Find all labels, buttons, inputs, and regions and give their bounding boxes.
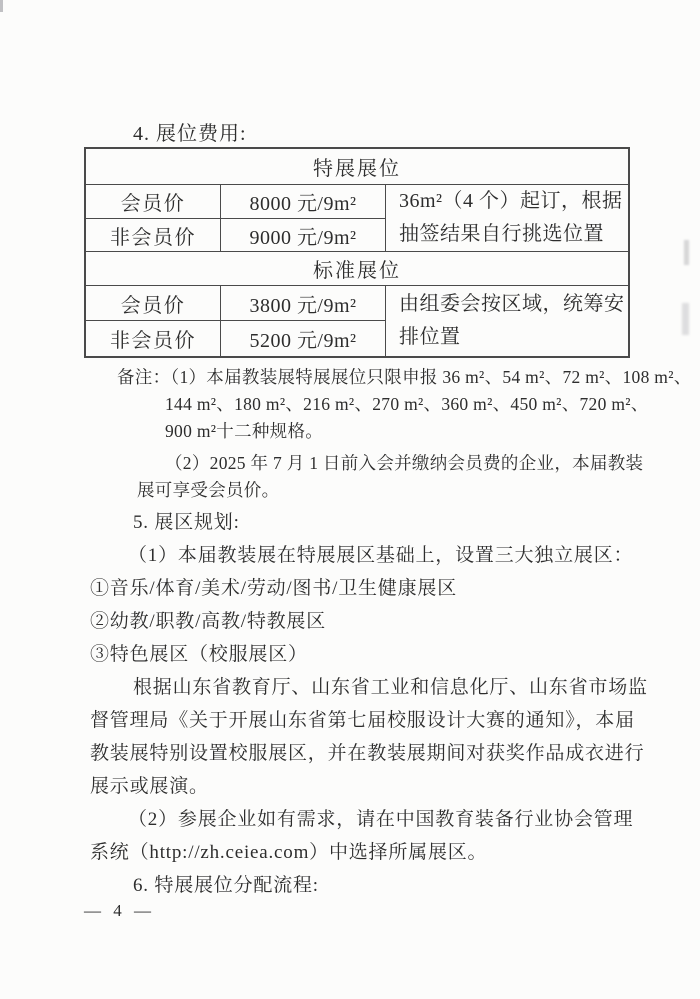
remarks-line-3: 900 m²十二种规格。 (90, 418, 638, 445)
standard-booth-note: 由组委会按区域，统筹安 排位置 (386, 286, 628, 356)
standard-member-label: 会员价 (86, 286, 221, 321)
special-member-price: 8000 元/9m² (221, 185, 386, 219)
system-paragraph-line-2: 系统（http://zh.ceiea.com）中选择所属展区。 (90, 836, 638, 869)
zone-item-3: ③特色展区（校服展区） (90, 638, 638, 671)
special-member-label: 会员价 (86, 185, 221, 219)
standard-nonmember-price: 5200 元/9m² (221, 321, 386, 356)
booth-fee-table: 特展展位 会员价 8000 元/9m² 36m²（4 个）起订，根据 抽签结果自… (84, 147, 630, 358)
zone-item-2: ②幼教/职教/高教/特教展区 (90, 605, 638, 638)
standard-member-price: 3800 元/9m² (221, 286, 386, 321)
page-number: — 4 — (84, 901, 155, 921)
body-text: 5. 展区规划: （1）本届教装展在特展展区基础上，设置三大独立展区： ①音乐/… (90, 506, 638, 902)
special-nonmember-price: 9000 元/9m² (221, 219, 386, 252)
zone-planning-intro: （1）本届教装展在特展展区基础上，设置三大独立展区： (90, 539, 638, 572)
scan-artifact (0, 0, 3, 12)
standard-booth-header: 标准展位 (86, 252, 628, 286)
standard-nonmember-label: 非会员价 (86, 321, 221, 356)
special-nonmember-label: 非会员价 (86, 219, 221, 252)
scan-artifact (682, 303, 689, 335)
heading-allocation-process: 6. 特展展位分配流程: (90, 869, 638, 902)
scan-artifact (684, 240, 689, 265)
special-booth-header: 特展展位 (86, 149, 628, 185)
remarks-line-1: 备注：（1）本届教装展特展展位只限申报 36 m²、54 m²、72 m²、10… (90, 364, 638, 391)
heading-booth-fees: 4. 展位费用: (133, 117, 247, 146)
standard-booth-note-line2: 排位置 (399, 321, 461, 355)
document-page: 4. 展位费用: 特展展位 会员价 8000 元/9m² 36m²（4 个）起订… (0, 0, 700, 999)
remarks-line-5: 展可享受会员价。 (90, 477, 638, 504)
special-booth-note: 36m²（4 个）起订，根据 抽签结果自行挑选位置 (386, 185, 628, 252)
special-booth-note-line1: 36m²（4 个）起订，根据 (399, 185, 623, 218)
remarks-line-4: （2）2025 年 7 月 1 日前入会并缴纳会员费的企业，本届教装 (90, 450, 638, 477)
remarks-block: 备注：（1）本届教装展特展展位只限申报 36 m²、54 m²、72 m²、10… (90, 364, 638, 504)
uniform-paragraph-line-1: 根据山东省教育厅、山东省工业和信息化厅、山东省市场监 (90, 671, 638, 704)
system-paragraph-line-1: （2）参展企业如有需求，请在中国教育装备行业协会管理 (90, 803, 638, 836)
remarks-line-2: 144 m²、180 m²、216 m²、270 m²、360 m²、450 m… (90, 391, 638, 418)
special-booth-note-line2: 抽签结果自行挑选位置 (399, 218, 604, 252)
uniform-paragraph-line-3: 教装展特别设置校服展区，并在教装展期间对获奖作品成衣进行 (90, 737, 638, 770)
zone-item-1: ①音乐/体育/美术/劳动/图书/卫生健康展区 (90, 572, 638, 605)
uniform-paragraph-line-4: 展示或展演。 (90, 770, 638, 803)
uniform-paragraph-line-2: 督管理局《关于开展山东省第七届校服设计大赛的通知》，本届 (90, 704, 638, 737)
standard-booth-note-line1: 由组委会按区域，统筹安 (399, 288, 625, 322)
heading-zone-planning: 5. 展区规划: (90, 506, 638, 539)
